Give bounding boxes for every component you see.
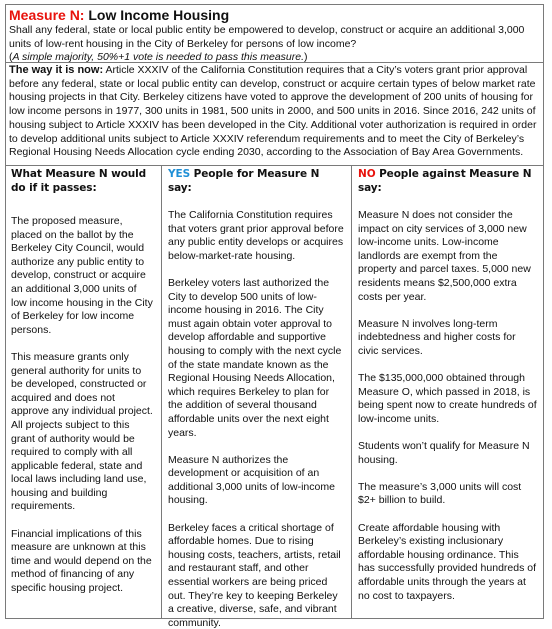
yes-argument-paragraph: Berkeley faces a critical shortage of af… [168,522,345,629]
no-argument-paragraph: The measure’s 3,000 units will cost $2+ … [358,481,537,508]
what-measure-does-paragraph: Financial implications of this measure a… [11,528,155,596]
yes-tag: YES [168,168,190,180]
what-measure-does-paragraph: This measure grants only general authori… [11,351,155,514]
no-heading: NO People against Measure N say: [358,168,537,195]
yes-argument-paragraph: The California Constitution requires tha… [168,209,345,263]
no-argument-paragraph: Create affordable housing with Berkeley’… [358,522,537,604]
no-argument-paragraph: Students won’t qualify for Measure N hou… [358,440,537,467]
yes-argument-paragraph: Berkeley voters last authorized the City… [168,277,345,440]
vote-requirement-text: A simple majority, 50%+1 vote is needed … [13,51,305,63]
measure-header: Measure N: Low Income Housing Shall any … [6,5,543,63]
yes-heading-text: People for Measure N say: [168,168,319,194]
yes-arguments-column: YES People for Measure N say: The Califo… [162,166,352,618]
no-argument-paragraph: The $135,000,000 obtained through Measur… [358,372,537,426]
measure-n-info-box: Measure N: Low Income Housing Shall any … [5,4,544,619]
arguments-columns: What Measure N would do if it passes: Th… [6,166,543,618]
what-measure-does-column: What Measure N would do if it passes: Th… [6,166,162,618]
no-tag: NO [358,168,376,180]
no-arguments-column: NO People against Measure N say: Measure… [352,166,543,618]
measure-title-subject: Low Income Housing [84,7,229,23]
measure-title-prefix: Measure N: [9,7,84,23]
what-measure-does-heading: What Measure N would do if it passes: [11,168,155,195]
current-law-text: Article XXXIV of the California Constitu… [9,64,536,158]
ballot-question: Shall any federal, state or local public… [9,24,540,51]
what-measure-does-paragraph: The proposed measure, placed on the ball… [11,215,155,337]
yes-heading: YES People for Measure N say: [168,168,345,195]
no-argument-paragraph: Measure N involves long-term indebtednes… [358,318,537,359]
current-law-label: The way it is now: [9,64,103,76]
measure-title: Measure N: Low Income Housing [9,7,540,24]
yes-argument-paragraph: Measure N authorizes the development or … [168,454,345,508]
no-heading-text: People against Measure N say: [358,168,531,194]
no-argument-paragraph: Measure N does not consider the impact o… [358,209,537,304]
current-law-section: The way it is now: Article XXXIV of the … [6,63,543,166]
paren-close: ) [304,51,308,63]
